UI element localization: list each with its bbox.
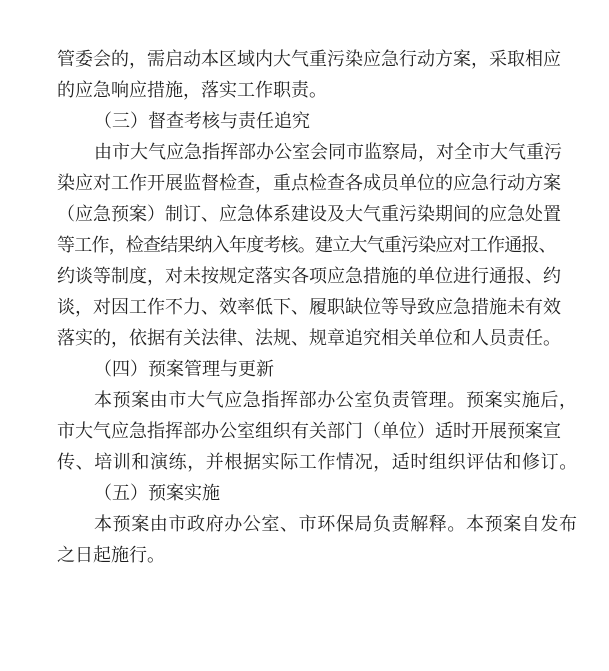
document-line: 约谈等制度，对未按规定落实各项应急措施的单位进行通报、约 [57,261,563,292]
document-line: （五）预案实施 [57,478,563,509]
document-line: 本预案由市政府办公室、市环保局负责解释。本预案自发布 [57,509,563,540]
document-line: 谈，对因工作不力、效率低下、履职缺位等导致应急措施未有效 [57,292,563,323]
document-line: （应急预案）制订、应急体系建设及大气重污染期间的应急处置 [57,199,563,230]
document-line: 由市大气应急指挥部办公室会同市监察局，对全市大气重污 [57,137,563,168]
document-line: 落实的，依据有关法律、法规、规章追究相关单位和人员责任。 [57,323,563,354]
document-line: 染应对工作开展监督检查，重点检查各成员单位的应急行动方案 [57,168,563,199]
document-line: 传、培训和演练，并根据实际工作情况，适时组织评估和修订。 [57,447,563,478]
document-line: 市大气应急指挥部办公室组织有关部门（单位）适时开展预案宣 [57,416,563,447]
document-page: 管委会的，需启动本区域内大气重污染应急行动方案，采取相应的应急响应措施，落实工作… [0,0,609,671]
document-line: 等工作，检查结果纳入年度考核。建立大气重污染应对工作通报、 [57,230,563,261]
document-line: （三）督查考核与责任追究 [57,106,563,137]
document-line: （四）预案管理与更新 [57,354,563,385]
document-text-block: 管委会的，需启动本区域内大气重污染应急行动方案，采取相应的应急响应措施，落实工作… [57,44,563,571]
document-line: 的应急响应措施，落实工作职责。 [57,75,563,106]
document-line: 本预案由市大气应急指挥部办公室负责管理。预案实施后， [57,385,563,416]
document-line: 管委会的，需启动本区域内大气重污染应急行动方案，采取相应 [57,44,563,75]
document-line: 之日起施行。 [57,540,563,571]
